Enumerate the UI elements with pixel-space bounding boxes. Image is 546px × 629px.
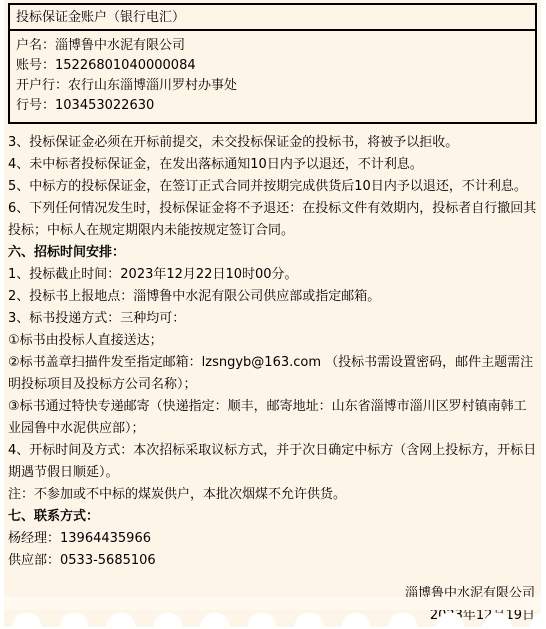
tender-notice-page: 投标保证金账户（银行电汇） 户名：淄博鲁中水泥有限公司 账号：152268010… — [0, 0, 546, 629]
section-heading-schedule: 六、招标时间安排： — [8, 242, 538, 264]
table-body-row: 户名：淄博鲁中水泥有限公司 账号：15226801040000084 开户行：农… — [9, 30, 536, 123]
tender-notice-document: 投标保证金账户（银行电汇） 户名：淄博鲁中水泥有限公司 账号：152268010… — [4, 0, 541, 627]
bank-code: 行号：103453022630 — [16, 96, 529, 116]
note-supply-restriction: 注：不参加或不中标的煤炭供户，本批次烟煤不允许供货。 — [8, 484, 538, 506]
deposit-account-table: 投标保证金账户（银行电汇） 户名：淄博鲁中水泥有限公司 账号：152268010… — [8, 3, 537, 124]
table-body-cell: 户名：淄博鲁中水泥有限公司 账号：15226801040000084 开户行：农… — [9, 30, 536, 123]
account-number: 账号：15226801040000084 — [16, 56, 529, 76]
schedule-delivery-methods: 3、标书投递方式：三种均可： — [8, 308, 538, 330]
contact-manager-phone: 杨经理：13964435966 — [8, 528, 538, 550]
term-refund-unsuccessful: 4、未中标者投标保证金，在发出落标通知10日内予以退还，不计利息。 — [8, 154, 538, 176]
term-refund-winner: 5、中标方的投标保证金，在签订正式合同并按期完成供货后10日内予以退还，不计利息… — [8, 176, 538, 198]
bank-branch: 开户行：农行山东淄博淄川罗村办事处 — [16, 76, 529, 96]
section-heading-contact: 七、联系方式： — [8, 506, 538, 528]
schedule-deadline: 1、投标截止时间：2023年12月22日10时00分。 — [8, 264, 538, 286]
schedule-opening-method: 4、开标时间及方式：本次招标采取议标方式，并于次日确定中标方（含网上投标方，开标… — [8, 440, 538, 484]
term-deposit-submit: 3、投标保证金必须在开标前提交，未交投标保证金的投标书，将被予以拒收。 — [8, 132, 538, 154]
account-holder-name: 户名：淄博鲁中水泥有限公司 — [16, 36, 529, 56]
delivery-method-email: ②标书盖章扫描件发至指定邮箱：lzsngyb@163.com （投标书需设置密码… — [8, 352, 538, 396]
delivery-method-express: ③标书通过特快专递邮寄（快递指定：顺丰，邮寄地址：山东省淄博市淄川区罗村镇南韩工… — [8, 396, 538, 440]
table-header-row: 投标保证金账户（银行电汇） — [9, 4, 536, 30]
contact-supply-dept-phone: 供应部：0533-5685106 — [8, 550, 538, 572]
scalloped-edge-decoration — [4, 607, 541, 627]
notice-body: 3、投标保证金必须在开标前提交，未交投标保证金的投标书，将被予以拒收。 4、未中… — [4, 124, 541, 572]
deposit-account-table-title: 投标保证金账户（银行电汇） — [9, 4, 536, 30]
schedule-submit-location: 2、投标书上报地点：淄博鲁中水泥有限公司供应部或指定邮箱。 — [8, 286, 538, 308]
term-forfeit-conditions: 6、下列任何情况发生时，投标保证金将不予退还：在投标文件有效期内，投标者自行撤回… — [8, 198, 538, 242]
delivery-method-direct: ①标书由投标人直接送达； — [8, 330, 538, 352]
